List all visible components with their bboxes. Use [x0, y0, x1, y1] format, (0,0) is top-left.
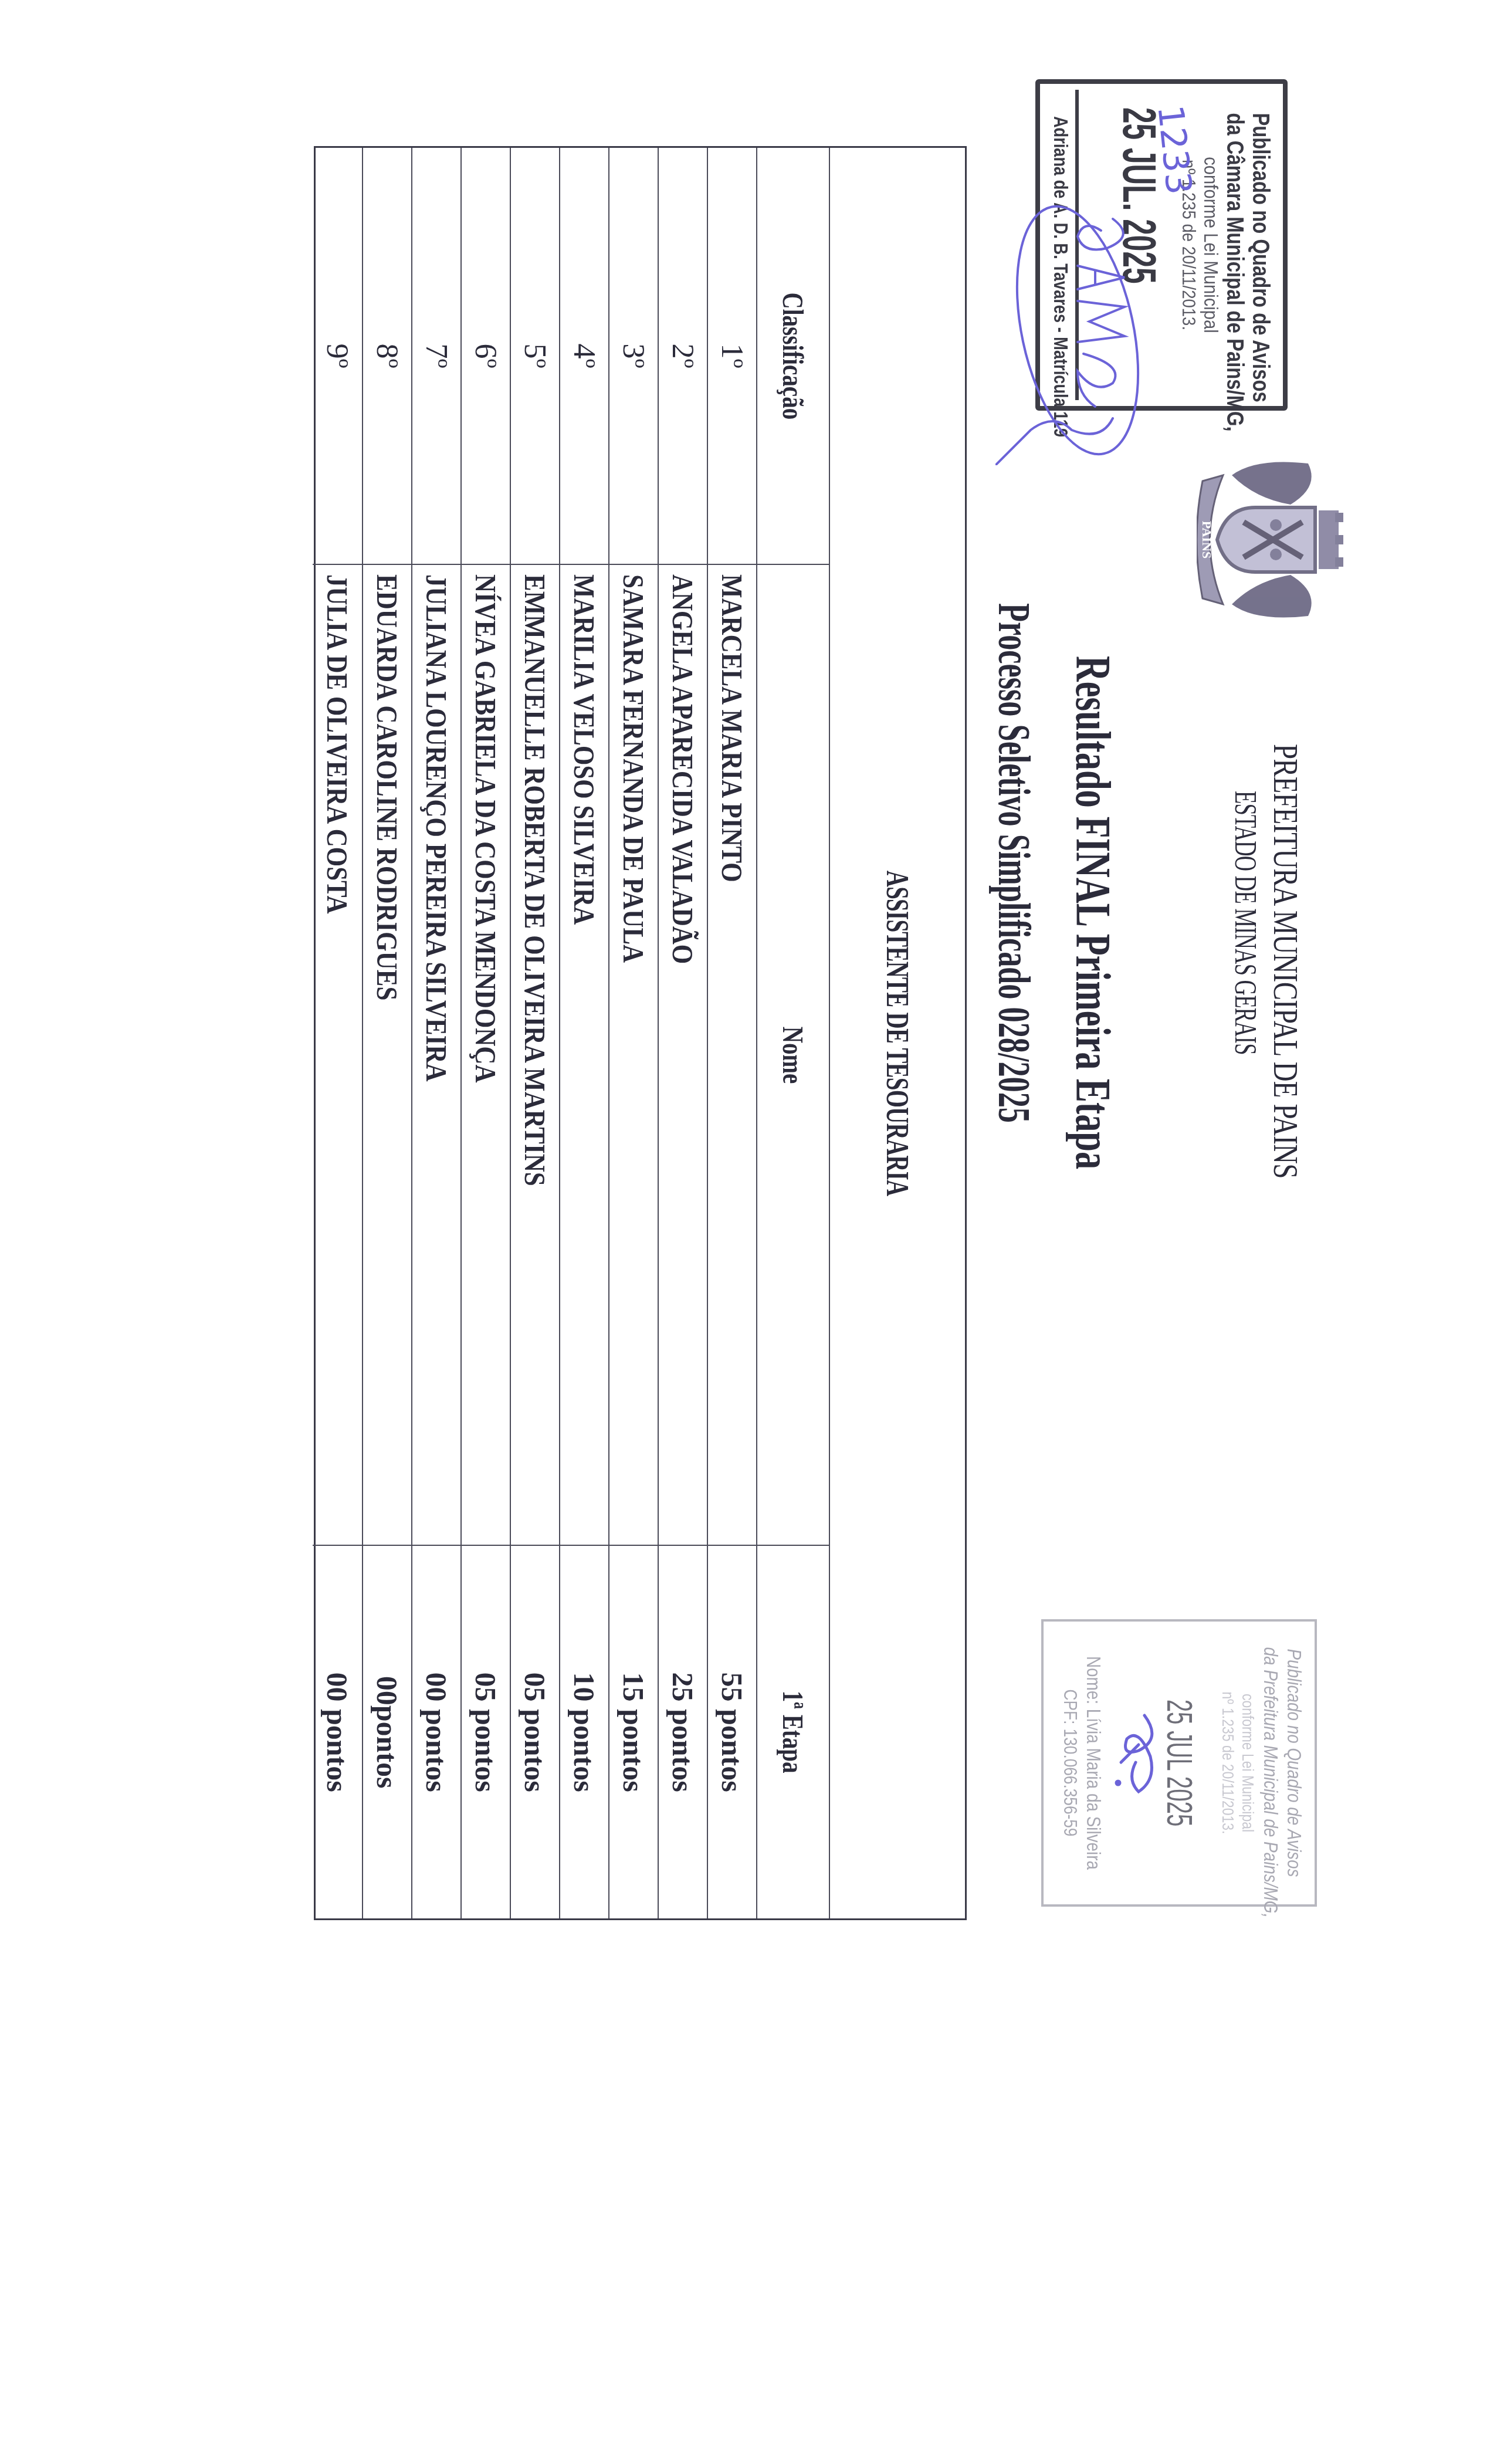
score-cell: 05 pontos — [462, 1546, 510, 1918]
stamp-line: Publicado no Quadro de Avisos — [1249, 113, 1272, 377]
score-cell: 25 pontos — [659, 1546, 707, 1918]
stamp-line-faint: nº 1.235 de 20/11/2013. — [1220, 1647, 1236, 1879]
table-row: 9ºJULIA DE OLIVEIRA COSTA00 pontos — [313, 148, 362, 1918]
name-cell: MARCELA MARIA PINTO — [708, 565, 756, 1546]
column-header-etapa: 1ª Etapa — [757, 1546, 829, 1918]
svg-text:PAINS: PAINS — [1200, 521, 1214, 559]
institution-name: PREFEITURA MUNICIPAL DE PAINS — [1268, 744, 1303, 1179]
score-cell: 05 pontos — [511, 1546, 559, 1918]
coat-of-arms-icon: PAINS — [1197, 452, 1343, 628]
stamp-line: da Câmara Municipal de Pains/MG, — [1223, 113, 1247, 377]
table-row: 5ºEMMANUELLE ROBERTA DE OLIVEIRA MARTINS… — [510, 148, 559, 1918]
name-cell: EDUARDA CAROLINE RODRIGUES — [363, 565, 411, 1546]
table-row: 1ºMARCELA MARIA PINTO55 pontos — [707, 148, 756, 1918]
document-page: PAINS PREFEITURA MUNICIPAL DE PAINS ESTA… — [0, 0, 1497, 2464]
rank-cell: 4º — [560, 148, 608, 565]
camara-publication-stamp: Publicado no Quadro de Avisos da Câmara … — [1035, 79, 1288, 411]
score-cell: 00 pontos — [412, 1546, 460, 1918]
score-cell: 15 pontos — [609, 1546, 658, 1918]
rank-cell: 3º — [609, 148, 658, 565]
table-header-row: Classificação Nome 1ª Etapa — [756, 148, 829, 1918]
table-row: 3ºSAMARA FERNANDA DE PAULA15 pontos — [608, 148, 658, 1918]
stamp-line: Publicado no Quadro de Avisos — [1284, 1647, 1304, 1879]
score-cell: 10 pontos — [560, 1546, 608, 1918]
handwritten-initials-icon — [1109, 1704, 1168, 1803]
table-row: 7ºJULIANA LOURENÇO PEREIRA SILVEIRA00 po… — [411, 148, 460, 1918]
score-cell: 55 pontos — [708, 1546, 756, 1918]
rank-cell: 7º — [412, 148, 460, 565]
table-row: 4ºMARILIA VELOSO SILVEIRA10 pontos — [559, 148, 608, 1918]
rank-cell: 6º — [462, 148, 510, 565]
name-cell: EMMANUELLE ROBERTA DE OLIVEIRA MARTINS — [511, 565, 559, 1546]
position-title: ASSISTENTE DE TESOURARIA — [879, 871, 916, 1196]
name-cell: MARILIA VELOSO SILVEIRA — [560, 565, 608, 1546]
document-subtitle: Processo Seletivo Simplificado 028/2025 — [991, 603, 1037, 1123]
stamp-line-faint: conforme Lei Municipal — [1239, 1647, 1256, 1879]
score-cell: 00 pontos — [313, 1546, 362, 1918]
rank-cell: 1º — [708, 148, 756, 565]
name-cell: JULIANA LOURENÇO PEREIRA SILVEIRA — [412, 565, 460, 1546]
rank-cell: 8º — [363, 148, 411, 565]
table-row: 2ºANGELA APARECIDA VALADÃO25 pontos — [658, 148, 707, 1918]
name-cell: ANGELA APARECIDA VALADÃO — [659, 565, 707, 1546]
score-cell: 00pontos — [363, 1546, 411, 1918]
column-header-classificacao: Classificação — [757, 148, 829, 565]
rank-cell: 5º — [511, 148, 559, 565]
rank-cell: 9º — [313, 148, 362, 565]
table-row: 6ºNÍVEA GABRIELA DA COSTA MENDONÇA05 pon… — [460, 148, 510, 1918]
state-name: ESTADO DE MINAS GERAIS — [1230, 791, 1260, 1055]
document-title: Resultado FINAL Primeira Etapa — [1068, 656, 1117, 1169]
stamp-signer-cpf: CPF: 130.066.356-59 — [1061, 1647, 1080, 1879]
name-cell: JULIA DE OLIVEIRA COSTA — [313, 565, 362, 1546]
stamp-line: conforme Lei Municipal — [1201, 106, 1221, 383]
stamp-line: da Prefeitura Municipal de Pains/MG, — [1261, 1647, 1281, 1879]
rank-cell: 2º — [659, 148, 707, 565]
stamp-signer-name: Nome: Lívia Maria da Silveira — [1083, 1647, 1103, 1879]
results-table: ASSISTENTE DE TESOURARIA Classificação N… — [314, 146, 967, 1920]
name-cell: SAMARA FERNANDA DE PAULA — [609, 565, 658, 1546]
table-row: 8ºEDUARDA CAROLINE RODRIGUES00pontos — [362, 148, 411, 1918]
handwritten-signature-icon — [995, 195, 1148, 465]
name-cell: NÍVEA GABRIELA DA COSTA MENDONÇA — [462, 565, 510, 1546]
table-title-row: ASSISTENTE DE TESOURARIA — [829, 148, 965, 1918]
prefeitura-publication-stamp: Publicado no Quadro de Avisos da Prefeit… — [1041, 1619, 1317, 1907]
column-header-nome: Nome — [757, 565, 829, 1546]
